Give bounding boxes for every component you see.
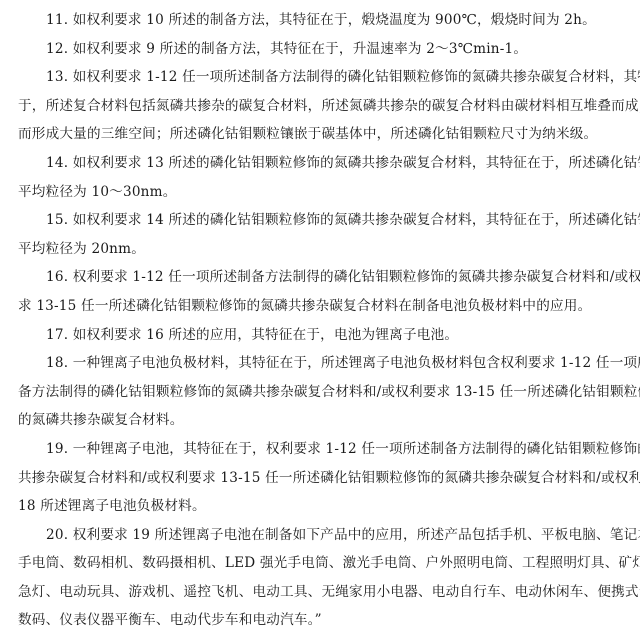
claim-line: 而形成大量的三维空间；所述磷化钴钼颗粒镶嵌于碳基体中，所述磷化钴钼颗粒尺寸为纳米… [18, 120, 624, 149]
claim-line: 19. 一种锂离子电池，其特征在于，权利要求 1-12 任一项所述制备方法制得的… [18, 435, 624, 464]
claim-line: 平均粒径为 10～30nm。 [18, 178, 624, 207]
claim-line: 共掺杂碳复合材料和/或权利要求 13-15 任一所述磷化钴钼颗粒修饰的氮磷共掺杂… [18, 464, 624, 493]
claim-line: 数码、仪表仪器平衡车、电动代步车和电动汽车。” [18, 606, 624, 633]
claim-15: 15. 如权利要求 14 所述的磷化钴钼颗粒修饰的氮磷共掺杂碳复合材料，其特征在… [18, 206, 624, 263]
claim-line: 18 所述锂离子电池负极材料。 [18, 492, 624, 521]
claim-20: 20. 权利要求 19 所述锂离子电池在制备如下产品中的应用，所述产品包括手机、… [18, 521, 624, 633]
claim-line: 手电筒、数码相机、数码摄相机、LED 强光手电筒、激光手电筒、户外照明电筒、工程… [18, 549, 624, 578]
claim-16: 16. 权利要求 1-12 任一项所述制备方法制得的磷化钴钼颗粒修饰的氮磷共掺杂… [18, 263, 624, 320]
claim-18: 18. 一种锂离子电池负极材料，其特征在于，所述锂离子电池负极材料包含权利要求 … [18, 349, 624, 435]
claim-line: 急灯、电动玩具、游戏机、遥控飞机、电动工具、无绳家用小电器、电动自行车、电动休闲… [18, 578, 624, 607]
claim-13: 13. 如权利要求 1-12 任一项所述制备方法制得的磷化钴钼颗粒修饰的氮磷共掺… [18, 63, 624, 149]
claim-line: 于，所述复合材料包括氮磷共掺杂的碳复合材料，所述氮磷共掺杂的碳复合材料由碳材料相… [18, 92, 624, 121]
claim-11: 11. 如权利要求 10 所述的制备方法，其特征在于，煅烧温度为 900℃，煅烧… [18, 6, 624, 35]
claim-line: 求 13-15 任一所述磷化钴钼颗粒修饰的氮磷共掺杂碳复合材料在制备电池负极材料… [18, 292, 624, 321]
claim-line: 平均粒径为 20nm。 [18, 235, 624, 264]
claim-line: 15. 如权利要求 14 所述的磷化钴钼颗粒修饰的氮磷共掺杂碳复合材料，其特征在… [18, 206, 624, 235]
claim-line: 18. 一种锂离子电池负极材料，其特征在于，所述锂离子电池负极材料包含权利要求 … [18, 349, 624, 378]
claim-line: 13. 如权利要求 1-12 任一项所述制备方法制得的磷化钴钼颗粒修饰的氮磷共掺… [18, 63, 624, 92]
claim-line: 的氮磷共掺杂碳复合材料。 [18, 406, 624, 435]
claim-17: 17. 如权利要求 16 所述的应用，其特征在于，电池为锂离子电池。 [18, 321, 624, 350]
claim-line: 16. 权利要求 1-12 任一项所述制备方法制得的磷化钴钼颗粒修饰的氮磷共掺杂… [18, 263, 624, 292]
claim-line: 20. 权利要求 19 所述锂离子电池在制备如下产品中的应用，所述产品包括手机、… [18, 521, 624, 550]
claim-line: 备方法制得的磷化钴钼颗粒修饰的氮磷共掺杂碳复合材料和/或权利要求 13-15 任… [18, 378, 624, 407]
claim-12: 12. 如权利要求 9 所述的制备方法，其特征在于，升温速率为 2～3℃min-… [18, 35, 624, 64]
claim-19: 19. 一种锂离子电池，其特征在于，权利要求 1-12 任一项所述制备方法制得的… [18, 435, 624, 521]
claim-line: 17. 如权利要求 16 所述的应用，其特征在于，电池为锂离子电池。 [18, 321, 624, 350]
claim-line: 14. 如权利要求 13 所述的磷化钴钼颗粒修饰的氮磷共掺杂碳复合材料，其特征在… [18, 149, 624, 178]
claim-line: 12. 如权利要求 9 所述的制备方法，其特征在于，升温速率为 2～3℃min-… [18, 35, 624, 64]
claim-14: 14. 如权利要求 13 所述的磷化钴钼颗粒修饰的氮磷共掺杂碳复合材料，其特征在… [18, 149, 624, 206]
claims-document: 11. 如权利要求 10 所述的制备方法，其特征在于，煅烧温度为 900℃，煅烧… [18, 6, 624, 633]
claim-line: 11. 如权利要求 10 所述的制备方法，其特征在于，煅烧温度为 900℃，煅烧… [18, 6, 624, 35]
